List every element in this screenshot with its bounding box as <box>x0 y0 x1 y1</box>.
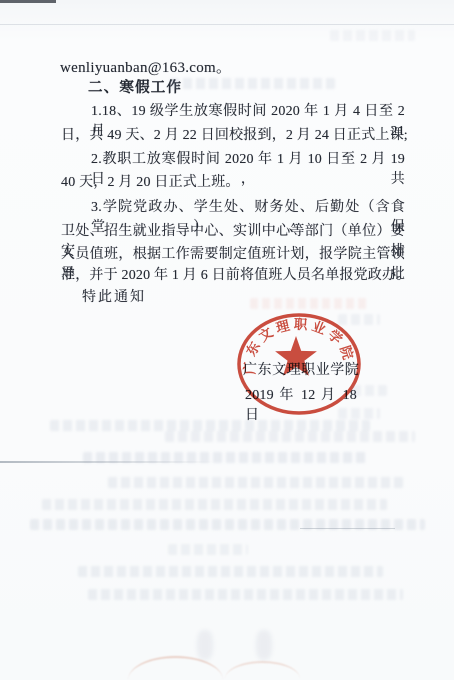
notice-line: 准，并于 2020 年 1 月 6 日前将值班人员名单报党政办。 <box>61 266 410 286</box>
bleed-through-text <box>338 408 380 419</box>
scan-artifact-line <box>0 461 215 463</box>
bleed-through-text <box>170 78 335 89</box>
bleed-through-text <box>78 566 383 577</box>
email-text: wenliyuanban@163.com。 <box>60 58 231 78</box>
bleed-through-text <box>88 589 403 600</box>
bleed-through-text <box>338 314 380 325</box>
bleed-through-text <box>330 30 415 41</box>
scanned-page: wenliyuanban@163.com。 二、寒假工作 1.18、19 级学生… <box>0 0 454 680</box>
scan-smudge <box>197 630 213 660</box>
notice-line: 日，共 49 天、2 月 22 日回校报到，2 月 24 日正式上课; <box>61 126 408 146</box>
section-heading: 二、寒假工作 <box>88 78 182 98</box>
official-seal: 广东文理职业学院 <box>235 311 363 417</box>
bleed-through-text <box>42 499 387 510</box>
scan-artifact-faint-line <box>0 24 454 25</box>
bleed-through-text <box>250 298 370 309</box>
bleed-through-text <box>50 420 370 431</box>
closing-phrase: 特此通知 <box>82 288 146 308</box>
bleed-through-text <box>165 431 415 442</box>
seal-bleed-through <box>128 656 223 680</box>
scan-artifact-line <box>300 528 395 529</box>
scan-smudge <box>256 630 272 660</box>
bleed-through-text <box>108 477 403 488</box>
seal-star-icon <box>275 336 317 376</box>
seal-bleed-through <box>225 661 300 679</box>
bleed-through-text <box>168 544 248 555</box>
notice-line: 40 天，2 月 20 日正式上班。 <box>61 173 240 193</box>
bleed-through-text <box>352 385 387 396</box>
scan-artifact-top-edge <box>0 0 56 3</box>
